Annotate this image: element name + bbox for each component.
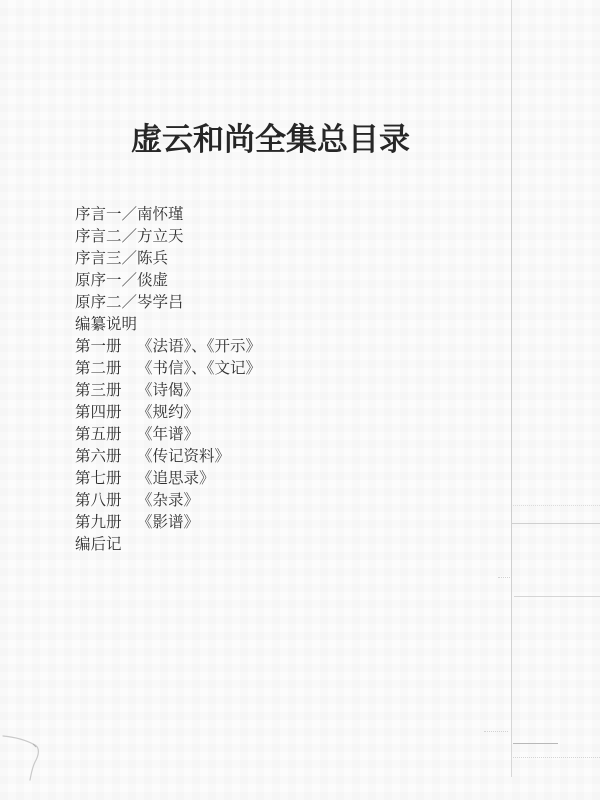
toc-entry-label: 序言一／南怀瑾	[75, 203, 184, 225]
scan-line-horizontal	[512, 523, 600, 524]
toc-entry: 第一册《法语》、《开示》	[75, 335, 261, 357]
toc-entry-title: 《追思录》	[137, 469, 215, 487]
scanned-document-page: 虚云和尚全集总目录 序言一／南怀瑾 序言二／方立天 序言三／陈兵 原序一／倓虚 …	[0, 0, 600, 800]
toc-entry: 序言三／陈兵	[75, 247, 261, 269]
scan-line-vertical	[511, 0, 512, 777]
toc-entry-label: 原序一／倓虚	[75, 269, 168, 291]
scan-speck	[484, 731, 508, 732]
toc-entry-label: 编纂说明	[75, 313, 137, 335]
toc-entry-title: 《年谱》	[137, 425, 199, 443]
toc-entry: 编后记	[75, 533, 261, 555]
table-of-contents: 序言一／南怀瑾 序言二／方立天 序言三／陈兵 原序一／倓虚 原序二／岑学吕 编纂…	[75, 203, 261, 555]
page-title: 虚云和尚全集总目录	[131, 114, 410, 159]
toc-entry: 第四册《规约》	[75, 401, 261, 423]
toc-entry: 序言一／南怀瑾	[75, 203, 261, 225]
scan-speck	[498, 577, 510, 578]
toc-entry-label: 第二册	[75, 357, 137, 379]
scan-line-horizontal	[513, 743, 558, 744]
toc-entry-label: 第四册	[75, 401, 137, 423]
toc-entry-title: 《杂录》	[137, 491, 199, 509]
scan-line-horizontal	[513, 757, 600, 758]
toc-entry-label: 原序二／岑学吕	[75, 291, 184, 313]
toc-entry: 第九册《影谱》	[75, 511, 261, 533]
toc-entry: 原序二／岑学吕	[75, 291, 261, 313]
toc-entry: 原序一／倓虚	[75, 269, 261, 291]
toc-entry: 第六册《传记资料》	[75, 445, 261, 467]
toc-entry-label: 第三册	[75, 379, 137, 401]
toc-entry: 第八册《杂录》	[75, 489, 261, 511]
pencil-mark	[0, 725, 60, 795]
toc-entry: 第五册《年谱》	[75, 423, 261, 445]
toc-entry-label: 第七册	[75, 467, 137, 489]
toc-entry: 第七册《追思录》	[75, 467, 261, 489]
toc-entry: 第二册《书信》、《文记》	[75, 357, 261, 379]
toc-entry-title: 《诗偈》	[137, 381, 199, 399]
toc-entry-label: 第九册	[75, 511, 137, 533]
scan-line-horizontal	[513, 505, 600, 506]
toc-entry-title: 《法语》、《开示》	[137, 337, 261, 355]
toc-entry-label: 序言三／陈兵	[75, 247, 168, 269]
toc-entry-label: 编后记	[75, 533, 122, 555]
toc-entry-label: 第六册	[75, 445, 137, 467]
toc-entry-label: 第五册	[75, 423, 137, 445]
toc-entry-label: 序言二／方立天	[75, 225, 184, 247]
toc-entry-title: 《影谱》	[137, 513, 199, 531]
toc-entry-title: 《规约》	[137, 403, 199, 421]
toc-entry-label: 第一册	[75, 335, 137, 357]
toc-entry-title: 《书信》、《文记》	[137, 359, 261, 377]
toc-entry-label: 第八册	[75, 489, 137, 511]
toc-entry: 序言二／方立天	[75, 225, 261, 247]
scan-line-horizontal	[514, 596, 600, 597]
toc-entry: 编纂说明	[75, 313, 261, 335]
toc-entry-title: 《传记资料》	[137, 447, 230, 465]
toc-entry: 第三册《诗偈》	[75, 379, 261, 401]
